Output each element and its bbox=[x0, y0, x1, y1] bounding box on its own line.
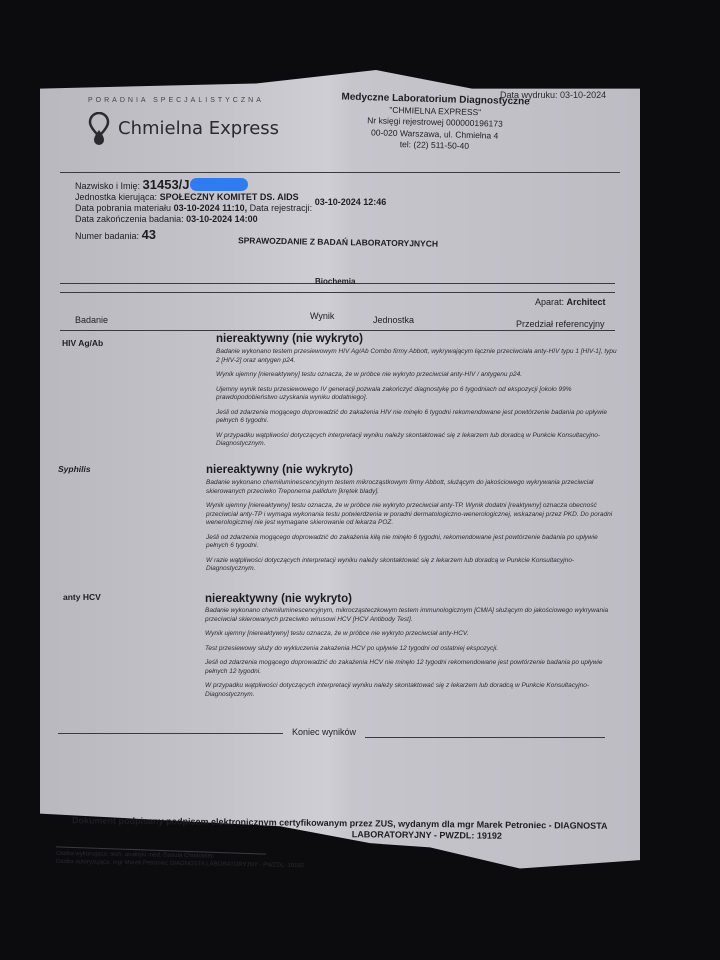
registered-value: 03-10-2024 12:46 bbox=[315, 197, 387, 207]
finished-label: Data zakończenia badania: bbox=[75, 214, 184, 224]
paragraph: Badanie wykonano chemiluminescencyjnym t… bbox=[206, 479, 616, 496]
paragraph: Badanie wykonano testem przesiewowym HIV… bbox=[216, 348, 621, 365]
section-bottom-line bbox=[60, 292, 615, 293]
test-result-hiv: niereaktywny (nie wykryto) bbox=[216, 333, 363, 345]
test-description-syphilis: Badanie wykonano chemiluminescencyjnym t… bbox=[206, 479, 616, 580]
section-title: Biochemia bbox=[315, 277, 355, 286]
header-divider bbox=[60, 172, 620, 173]
clinic-tagline: PORADNIA SPECJALISTYCZNA bbox=[88, 97, 264, 104]
col-header-unit: Jednostka bbox=[373, 315, 414, 325]
col-header-result: Wynik bbox=[310, 311, 334, 321]
col-header-test: Badanie bbox=[75, 315, 108, 325]
finished-value: 03-10-2024 14:00 bbox=[186, 214, 258, 224]
device-label: Aparat: bbox=[535, 297, 564, 307]
patient-id: 31453/J bbox=[143, 177, 190, 192]
staff-info: Osoba wykonująca: tech. analityki med. D… bbox=[56, 850, 304, 870]
paragraph: Ujemny wynik testu przesiewowego IV gene… bbox=[216, 386, 621, 403]
unit-value: SPOŁECZNY KOMITET DS. AIDS bbox=[160, 192, 299, 202]
test-name-hcv: anty HCV bbox=[63, 592, 101, 602]
test-description-hcv: Badanie wykonano chemiluminescencyjnym, … bbox=[205, 607, 615, 705]
name-label: Nazwisko i Imię: bbox=[75, 181, 140, 191]
collected-label: Data pobrania materiału bbox=[75, 203, 171, 213]
clinic-name: Chmielna Express bbox=[118, 118, 279, 139]
paragraph: W razie wątpliwości dotyczących interpre… bbox=[206, 557, 616, 574]
paragraph: W przypadku wątpliwości dotyczących inte… bbox=[216, 432, 621, 449]
columns-divider bbox=[60, 330, 615, 331]
test-result-syphilis: niereaktywny (nie wykryto) bbox=[206, 464, 353, 476]
device: Aparat: Architect bbox=[535, 297, 606, 307]
test-name-hiv: HIV Ag/Ab bbox=[62, 338, 103, 348]
registered-label: Data rejestracji: bbox=[250, 203, 313, 213]
test-description-hiv: Badanie wykonano testem przesiewowym HIV… bbox=[216, 348, 621, 455]
map-pin-logo-icon bbox=[88, 112, 110, 146]
patient-meta: Nazwisko i Imię: 31453/J Jednostka kieru… bbox=[75, 178, 386, 225]
test-result-hcv: niereaktywny (nie wykryto) bbox=[205, 593, 352, 605]
collected-value: 03-10-2024 11:10, bbox=[174, 203, 248, 213]
redaction-mark bbox=[190, 178, 248, 191]
exam-number-value: 43 bbox=[142, 227, 156, 242]
unit-label: Jednostka kierująca: bbox=[75, 192, 157, 202]
paragraph: Jeśli od zdarzenia mogącego doprowadzić … bbox=[205, 659, 615, 676]
exam-number-label: Numer badania: bbox=[75, 231, 139, 241]
lab-info: Medyczne Laboratorium Diagnostyczne "CHM… bbox=[299, 90, 570, 155]
exam-number: Numer badania: 43 bbox=[75, 227, 156, 242]
signature-note: Dokument podpisany podpisem elektroniczn… bbox=[72, 815, 592, 842]
paragraph: Wynik ujemny [niereaktywny] testu oznacz… bbox=[206, 502, 616, 528]
paragraph: Jeśli od zdarzenia mogącego doprowadzić … bbox=[206, 534, 616, 551]
end-of-results: Koniec wyników bbox=[292, 727, 356, 737]
paragraph: Test przesiewowy służy do wykluczenia za… bbox=[205, 645, 615, 654]
end-line-right bbox=[365, 737, 605, 738]
paragraph: W przypadku wątpliwości dotyczących inte… bbox=[205, 682, 615, 699]
device-value: Architect bbox=[567, 297, 606, 307]
paragraph: Jeśli od zdarzenia mogącego doprowadzić … bbox=[216, 409, 621, 426]
col-header-reference: Przedział referencyjny bbox=[516, 319, 605, 329]
paragraph: Wynik ujemny [niereaktywny] testu oznacz… bbox=[205, 630, 615, 639]
test-name-syphilis: Syphilis bbox=[58, 464, 91, 474]
paragraph: Badanie wykonano chemiluminescencyjnym, … bbox=[205, 607, 615, 624]
end-line-left bbox=[58, 733, 283, 734]
paragraph: Wynik ujemny [niereaktywny] testu oznacz… bbox=[216, 371, 621, 380]
